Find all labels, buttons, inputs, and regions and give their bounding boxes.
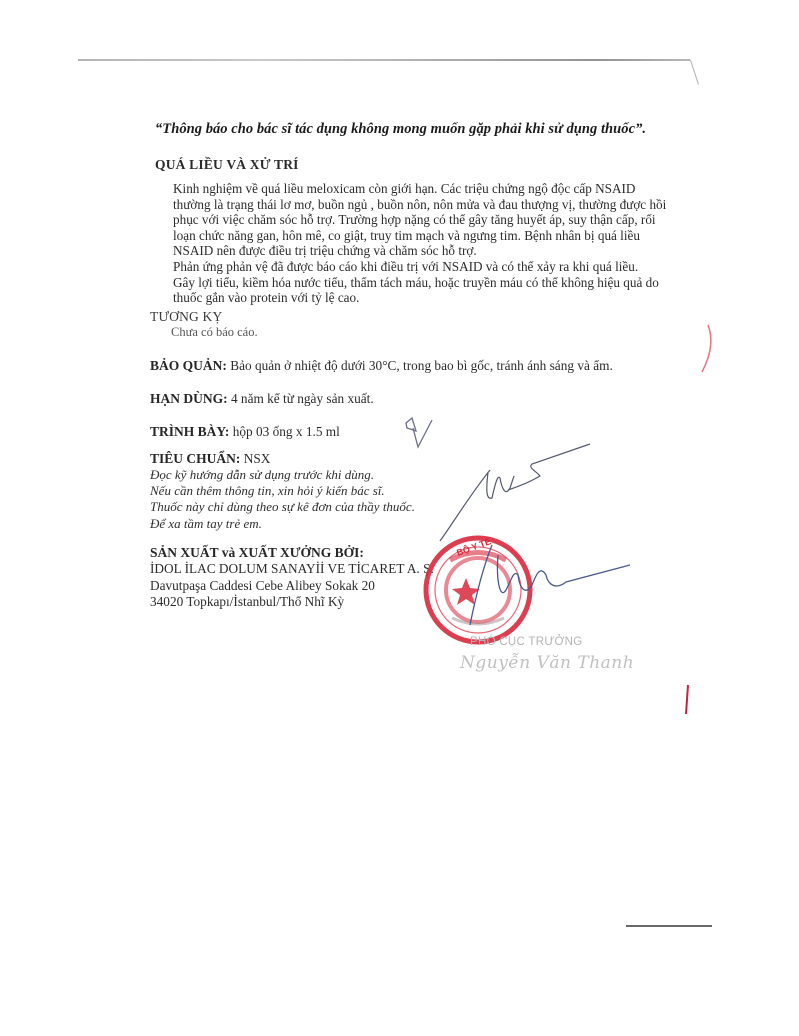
overdose-line: thường là trạng thái lơ mơ, buồn ngủ , b… bbox=[173, 197, 653, 213]
presentation-label: TRÌNH BÀY: bbox=[150, 424, 229, 439]
standard-label: TIÊU CHUẨN: bbox=[150, 451, 240, 466]
expiry-label: HẠN DÙNG: bbox=[150, 391, 228, 406]
official-stamp: BỘ Y TẾ bbox=[426, 535, 530, 642]
storage-label: BẢO QUẢN: bbox=[150, 358, 227, 373]
top-scan-rule-tail bbox=[690, 60, 699, 85]
standard-row: TIÊU CHUẨN: NSX bbox=[150, 451, 270, 467]
top-scan-rule bbox=[78, 59, 690, 61]
manufacturer-label: SẢN XUẤT và XUẤT XƯỞNG BỞI: bbox=[150, 545, 434, 561]
manufacturer-address-line1: Davutpaşa Caddesi Cebe Alibey Sokak 20 bbox=[150, 578, 434, 594]
overdose-line: loạn chức năng gan, hôn mê, co giật, tru… bbox=[173, 228, 653, 244]
adverse-effect-notice: “Thông báo cho bác sĩ tác dụng không mon… bbox=[155, 121, 646, 138]
right-edge-red-mark bbox=[686, 685, 688, 714]
overdose-line: thuốc gắn vào protein với tỷ lệ cao. bbox=[173, 290, 653, 306]
overdose-line: phục với việc chăm sóc hỗ trợ. Trường hợ… bbox=[173, 212, 653, 228]
right-edge-stamp-fragment bbox=[702, 325, 711, 372]
presentation-text: hộp 03 ống x 1.5 ml bbox=[229, 424, 339, 439]
signature-lower-icon bbox=[470, 545, 630, 625]
initial-mark-icon bbox=[406, 418, 432, 447]
incompatibility-text: Chưa có báo cáo. bbox=[171, 325, 258, 341]
stamp-ring-top: BỘ Y TẾ bbox=[455, 535, 492, 558]
warning-line: Nếu cần thêm thông tin, xin hỏi ý kiến b… bbox=[150, 483, 415, 499]
signature-upper-icon bbox=[440, 444, 590, 541]
overdose-line: NSAID nên được điều trị triệu chứng và c… bbox=[173, 243, 653, 259]
overdose-line: Gây lợi tiểu, kiềm hóa nước tiểu, thẩm t… bbox=[173, 275, 653, 291]
warning-line: Đọc kỹ hướng dẫn sử dụng trước khi dùng. bbox=[150, 467, 415, 483]
bottom-scan-rule bbox=[626, 925, 712, 927]
storage-row: BẢO QUẢN: Bảo quản ở nhiệt độ dưới 30°C,… bbox=[150, 358, 613, 374]
manufacturer-name: İDOL İLAC DOLUM SANAYİİ VE TİCARET A. Ş. bbox=[150, 561, 434, 577]
presentation-row: TRÌNH BÀY: hộp 03 ống x 1.5 ml bbox=[150, 424, 340, 440]
overdose-line: Phản ứng phản vệ đã được báo cáo khi điề… bbox=[173, 259, 653, 275]
expiry-text: 4 năm kể từ ngày sản xuất. bbox=[228, 391, 374, 406]
overdose-line: Kinh nghiệm về quá liều meloxicam còn gi… bbox=[173, 181, 653, 197]
warning-line: Để xa tầm tay trẻ em. bbox=[150, 516, 415, 532]
incompatibility-heading: TƯƠNG KỴ bbox=[150, 309, 222, 325]
star-icon bbox=[452, 578, 480, 605]
usage-warnings: Đọc kỹ hướng dẫn sử dụng trước khi dùng.… bbox=[150, 467, 415, 532]
manufacturer-address-line2: 34020 Topkapı/İstanbul/Thổ Nhĩ Kỳ bbox=[150, 594, 434, 610]
storage-text: Bảo quản ở nhiệt độ dưới 30°C, trong bao… bbox=[227, 358, 613, 373]
stamp-caption: PHÓ CỤC TRƯỞNG bbox=[470, 636, 582, 648]
signer-name: Nguyễn Văn Thanh bbox=[460, 653, 634, 673]
overdose-heading: QUÁ LIỀU VÀ XỬ TRÍ bbox=[155, 157, 299, 173]
overdose-paragraph: Kinh nghiệm về quá liều meloxicam còn gi… bbox=[173, 181, 653, 306]
standard-text: NSX bbox=[240, 451, 270, 466]
warning-line: Thuốc này chỉ dùng theo sự kê đơn của th… bbox=[150, 499, 415, 515]
manufacturer-block: SẢN XUẤT và XUẤT XƯỞNG BỞI: İDOL İLAC DO… bbox=[150, 545, 434, 611]
expiry-row: HẠN DÙNG: 4 năm kể từ ngày sản xuất. bbox=[150, 391, 374, 407]
